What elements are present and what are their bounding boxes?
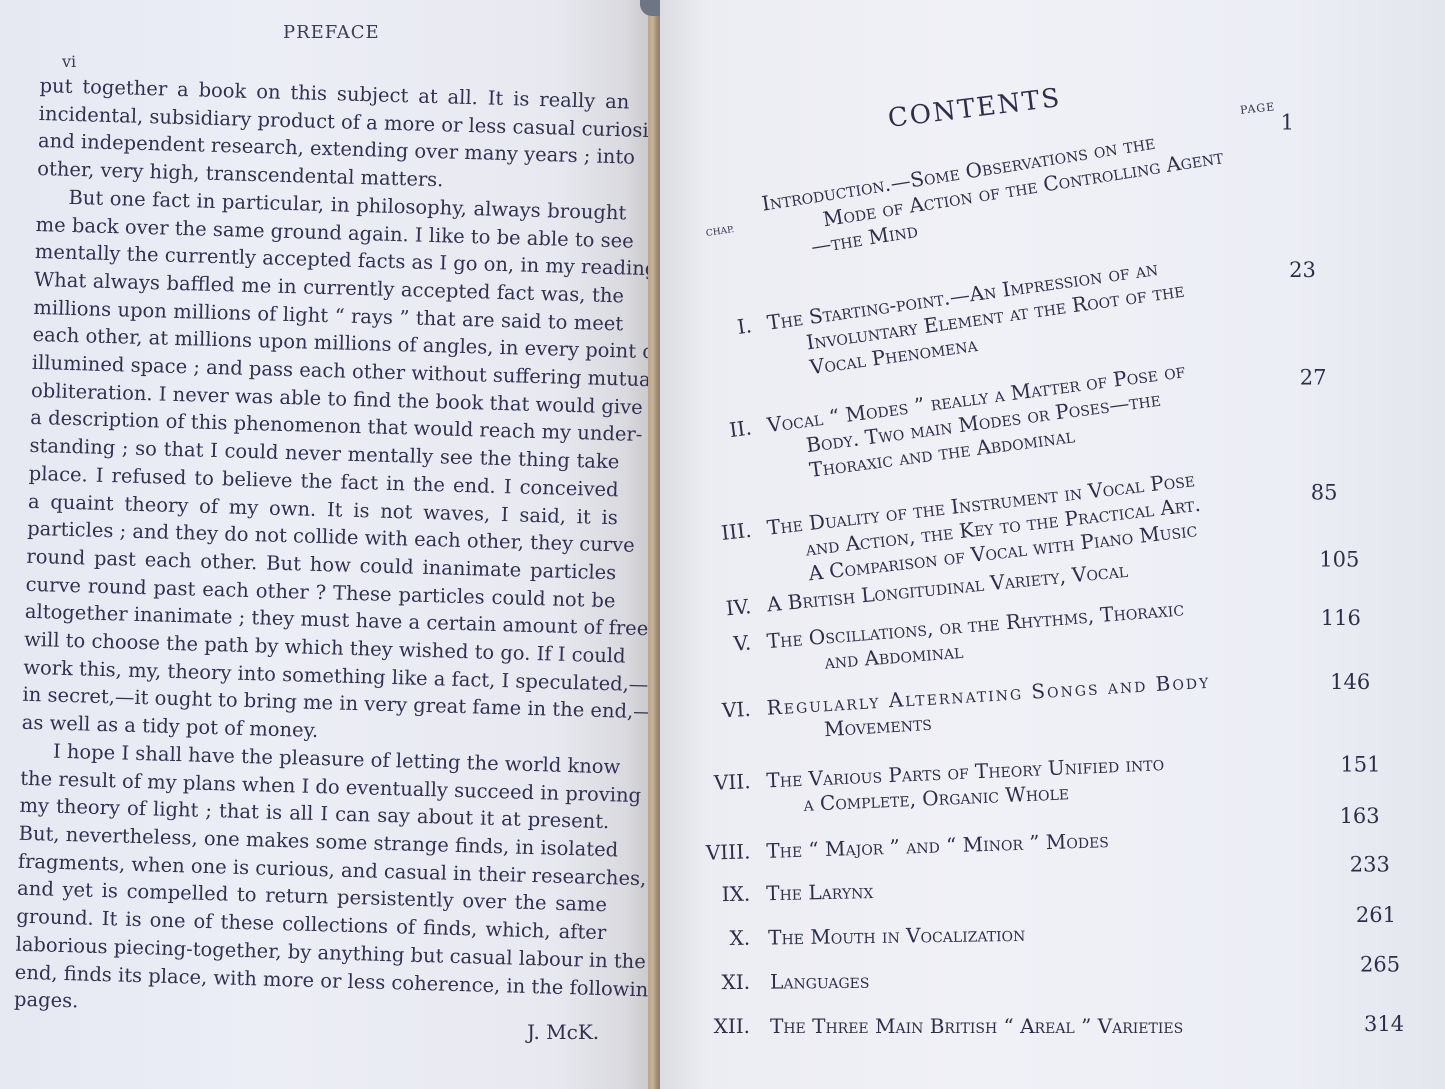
chapter-number: IX. bbox=[690, 882, 750, 907]
toc-title-line: The “ Major ” and “ Minor ” Modes bbox=[730, 828, 1109, 865]
running-head: PREFACE bbox=[283, 22, 380, 43]
preface-body: put together a book on this subject at a… bbox=[14, 72, 630, 1030]
toc-page-number: 314 bbox=[1364, 1012, 1404, 1036]
chapter-number: VI. bbox=[690, 697, 751, 725]
toc-page-number: 146 bbox=[1330, 670, 1370, 694]
chapter-number: VIII. bbox=[690, 839, 751, 865]
toc-page-number: 116 bbox=[1321, 606, 1361, 630]
chapter-number: X. bbox=[690, 926, 750, 951]
toc-page-number: 23 bbox=[1289, 258, 1316, 282]
toc-title-line: The Mouth in Vocalization bbox=[730, 922, 1025, 951]
toc-entry: VII. The Various Parts of Theory Unified… bbox=[730, 751, 1166, 820]
toc-page-number: 265 bbox=[1360, 952, 1400, 976]
toc-page-number: 261 bbox=[1356, 903, 1396, 927]
table-of-contents: CONTENTS PAGE CHAP. Introduction.—Some O… bbox=[700, 80, 1420, 1060]
toc-page-number: 85 bbox=[1311, 481, 1338, 505]
toc-page-number: 105 bbox=[1319, 547, 1359, 571]
toc-title-line: The Larynx bbox=[730, 879, 874, 907]
toc-entry: IX. The Larynx 233 bbox=[730, 879, 874, 907]
left-page-preface: PREFACE vi put together a book on this s… bbox=[0, 0, 652, 1089]
toc-page-number: 233 bbox=[1350, 853, 1390, 877]
toc-entry: VIII. The “ Major ” and “ Minor ” Modes … bbox=[730, 828, 1109, 865]
chapter-column-label: CHAP. bbox=[705, 225, 734, 239]
toc-title-line: Languages bbox=[730, 969, 870, 995]
author-signature: J. McK. bbox=[527, 1020, 599, 1044]
chapter-number: XI. bbox=[690, 970, 750, 995]
toc-entry: XII. The Three Main British “ Areal ” Va… bbox=[730, 1014, 1183, 1039]
contents-title: CONTENTS bbox=[886, 83, 1063, 134]
open-book-spread: PREFACE vi put together a book on this s… bbox=[0, 0, 1445, 1089]
toc-page-number: 163 bbox=[1340, 804, 1380, 828]
toc-entry: X. The Mouth in Vocalization 261 bbox=[730, 922, 1025, 951]
toc-entry: VI. Regularly Alternating Songs and Body… bbox=[730, 669, 1212, 748]
chapter-number: XII. bbox=[690, 1014, 750, 1038]
chapter-number: V. bbox=[690, 630, 752, 659]
book-gutter bbox=[648, 0, 660, 1089]
toc-title-line: The Three Main British “ Areal ” Varieti… bbox=[730, 1014, 1183, 1039]
toc-entry: Introduction.—Some Observations on the M… bbox=[760, 120, 1229, 266]
page-number: vi bbox=[62, 52, 76, 71]
toc-page-number: 27 bbox=[1300, 366, 1327, 390]
chapter-number: VII. bbox=[690, 769, 751, 796]
page-column-label: PAGE bbox=[1239, 100, 1275, 117]
toc-page-number: 1 bbox=[1281, 111, 1294, 135]
toc-entry: XI. Languages 265 bbox=[730, 969, 870, 995]
toc-page-number: 151 bbox=[1340, 752, 1380, 776]
